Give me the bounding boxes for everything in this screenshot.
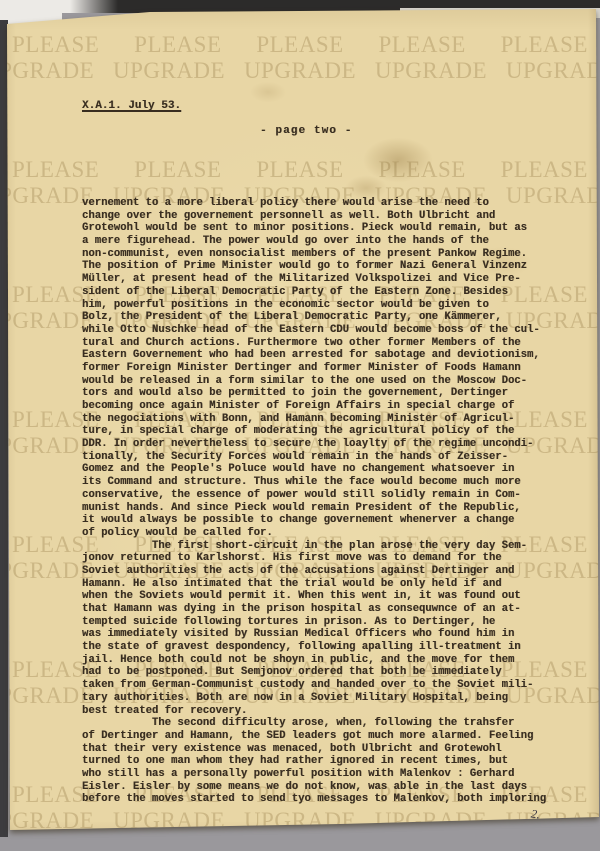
watermark-word: PLEASE (134, 32, 221, 58)
watermark-row: UPGRADEUPGRADEUPGRADEUPGRADEUPGRADE (0, 58, 600, 84)
watermark-word: PLEASE (256, 32, 343, 58)
watermark-word: UPGRADE (506, 58, 600, 84)
watermark-word: PLEASE (378, 32, 465, 58)
watermark-word: UPGRADE (113, 808, 225, 834)
watermark-row: PLEASEPLEASEPLEASEPLEASEPLEASE (0, 157, 600, 183)
watermark-word: UPGRADE (506, 808, 600, 834)
watermark-word: PLEASE (134, 157, 221, 183)
watermark-word: PLEASE (256, 157, 343, 183)
handwritten-page-number: 2. (530, 806, 541, 822)
watermark-word: UPGRADE (0, 683, 94, 709)
watermark-word: PLEASE (501, 32, 588, 58)
watermark-word: UPGRADE (0, 183, 94, 209)
watermark-word: UPGRADE (0, 558, 94, 584)
page-label: - page two - (260, 125, 352, 137)
watermark-word: UPGRADE (0, 308, 94, 334)
watermark-word: PLEASE (378, 157, 465, 183)
paper-shadow-wrap: PLEASEPLEASEPLEASEPLEASEPLEASEUPGRADEUPG… (0, 0, 600, 851)
watermark-word: PLEASE (12, 32, 99, 58)
watermark-word: UPGRADE (244, 808, 356, 834)
watermark-word: UPGRADE (0, 433, 94, 459)
scanned-document: PLEASEPLEASEPLEASEPLEASEPLEASEUPGRADEUPG… (0, 0, 600, 851)
document-page: PLEASEPLEASEPLEASEPLEASEPLEASEUPGRADEUPG… (0, 0, 600, 851)
watermark-row-pair: PLEASEPLEASEPLEASEPLEASEPLEASEUPGRADEUPG… (0, 32, 600, 84)
watermark-word: PLEASE (12, 157, 99, 183)
watermark-word: UPGRADE (113, 58, 225, 84)
watermark-word: UPGRADE (375, 58, 487, 84)
watermark-row: UPGRADEUPGRADEUPGRADEUPGRADEUPGRADE (0, 808, 600, 834)
document-body-text: vernement to a more liberal policy there… (82, 197, 546, 806)
watermark-word: UPGRADE (375, 808, 487, 834)
watermark-word: UPGRADE (0, 808, 94, 834)
watermark-word: PLEASE (501, 157, 588, 183)
watermark-row: PLEASEPLEASEPLEASEPLEASEPLEASE (0, 32, 600, 58)
watermark-word: UPGRADE (0, 58, 94, 84)
watermark-word: UPGRADE (244, 58, 356, 84)
document-reference: X.A.1. July 53. (82, 100, 181, 112)
